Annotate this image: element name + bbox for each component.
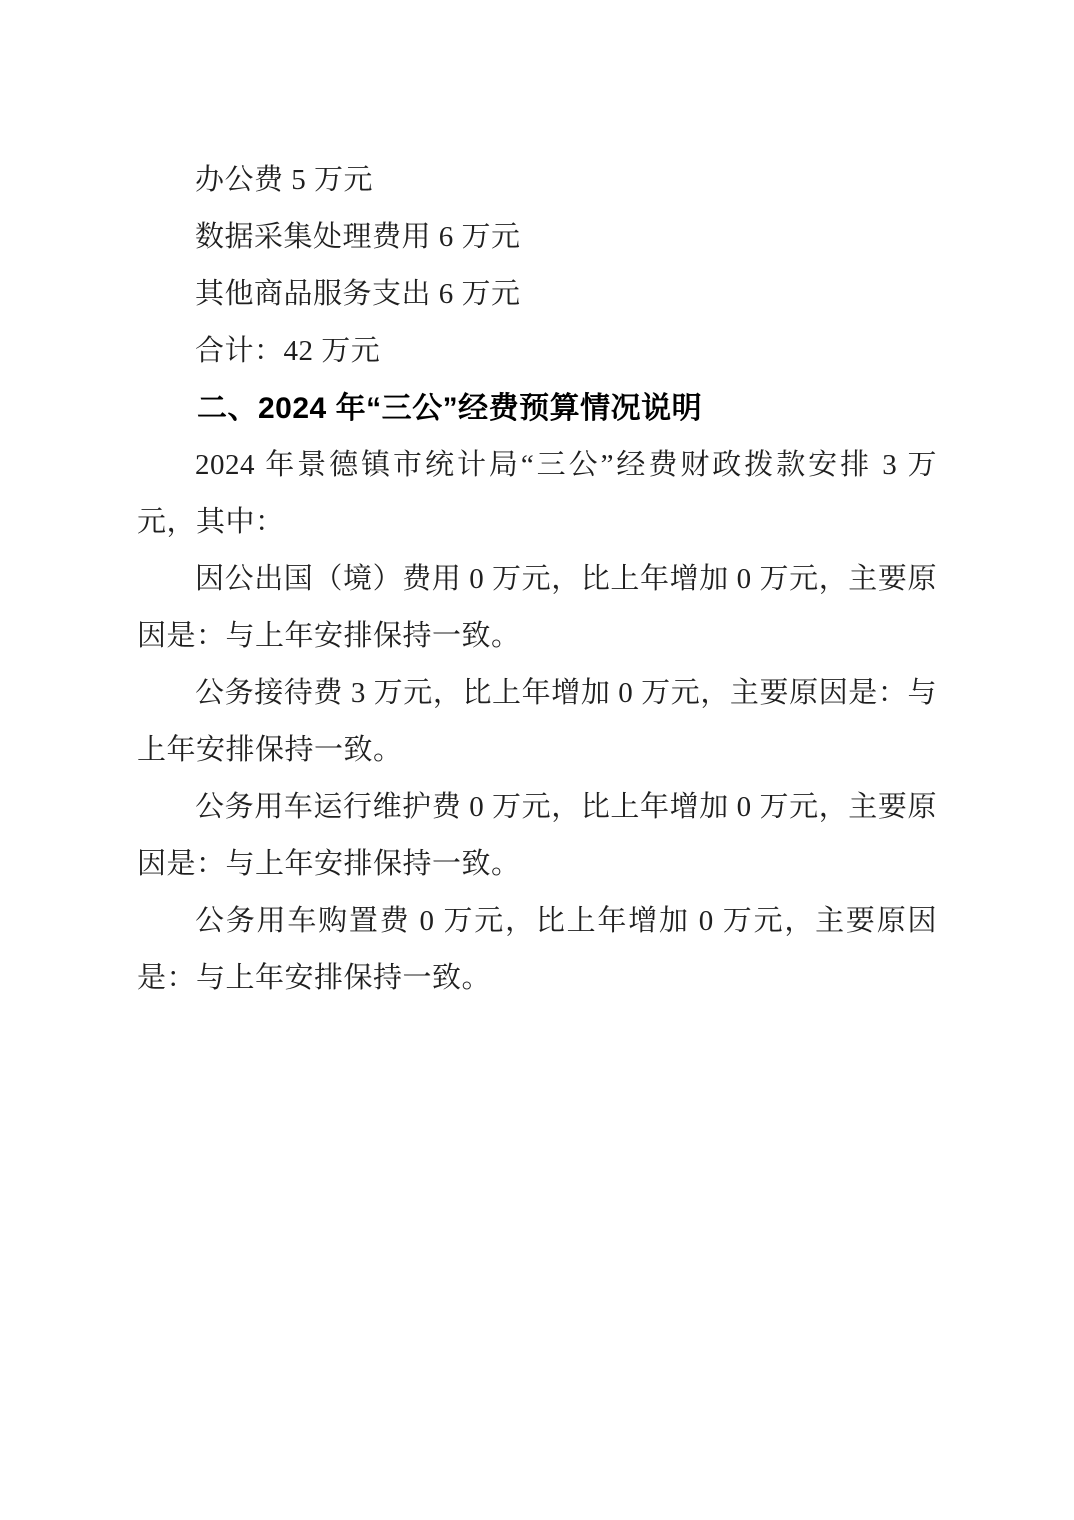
- document-page: 办公费 5 万元 数据采集处理费用 6 万元 其他商品服务支出 6 万元 合计：…: [0, 0, 1074, 1520]
- paragraph-overseas-travel: 因公出国（境）费用 0 万元，比上年增加 0 万元，主要原因是：与上年安排保持一…: [137, 551, 937, 665]
- expense-item-office: 办公费 5 万元: [137, 152, 937, 209]
- section-heading: 二、2024 年“三公”经费预算情况说明: [137, 380, 937, 437]
- paragraph-vehicle-purchase: 公务用车购置费 0 万元，比上年增加 0 万元，主要原因是：与上年安排保持一致。: [137, 893, 937, 1007]
- document-body: 办公费 5 万元 数据采集处理费用 6 万元 其他商品服务支出 6 万元 合计：…: [137, 152, 937, 1007]
- expense-item-data-collection: 数据采集处理费用 6 万元: [137, 209, 937, 266]
- paragraph-overview: 2024 年景德镇市统计局“三公”经费财政拨款安排 3 万元，其中：: [137, 437, 937, 551]
- expense-item-other-goods-services: 其他商品服务支出 6 万元: [137, 266, 937, 323]
- paragraph-official-reception: 公务接待费 3 万元，比上年增加 0 万元，主要原因是：与上年安排保持一致。: [137, 665, 937, 779]
- paragraph-vehicle-maintenance: 公务用车运行维护费 0 万元，比上年增加 0 万元，主要原因是：与上年安排保持一…: [137, 779, 937, 893]
- expense-total: 合计：42 万元: [137, 323, 937, 380]
